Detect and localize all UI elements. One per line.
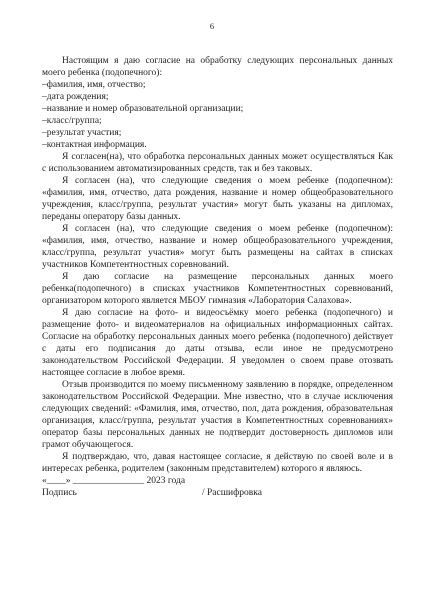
paragraph-organizer: Я даю согласие на размещение персональны… — [42, 271, 393, 307]
page-number: 6 — [0, 21, 424, 31]
signature-row: Подпись/ Расшифровка — [42, 487, 393, 499]
signature-label: Подпись — [42, 487, 202, 499]
list-item-class-group: –класс/группа; — [42, 115, 393, 127]
paragraph-confirmation: Я подтверждаю, что, давая настоящее согл… — [42, 451, 393, 475]
paragraph-processing-methods: Я согласен(на), что обработка персональн… — [42, 151, 393, 175]
date-line: «____» _______________ 2023 года — [42, 475, 393, 487]
document-body: Настоящим я даю согласие на обработку сл… — [42, 55, 393, 499]
paragraph-photo-video-consent: Я даю согласие на фото- и видеосъёмку мо… — [42, 307, 393, 379]
paragraph-website-lists: Я согласен (на), что следующие сведения … — [42, 223, 393, 271]
paragraph-withdrawal: Отзыв производится по моему письменному … — [42, 379, 393, 451]
paragraph-consent-intro: Настоящим я даю согласие на обработку сл… — [42, 55, 393, 79]
list-item-full-name: –фамилия, имя, отчество; — [42, 79, 393, 91]
document-page: 6 Настоящим я даю согласие на обработку … — [0, 0, 424, 600]
list-item-organization: –название и номер образовательной органи… — [42, 103, 393, 115]
list-item-result: –результат участия; — [42, 127, 393, 139]
list-item-contact-info: –контактная информация. — [42, 139, 393, 151]
paragraph-diploma-data: Я согласен (на), что следующие сведения … — [42, 175, 393, 223]
list-item-birth-date: –дата рождения; — [42, 91, 393, 103]
signature-decode-label: / Расшифровка — [202, 488, 262, 498]
